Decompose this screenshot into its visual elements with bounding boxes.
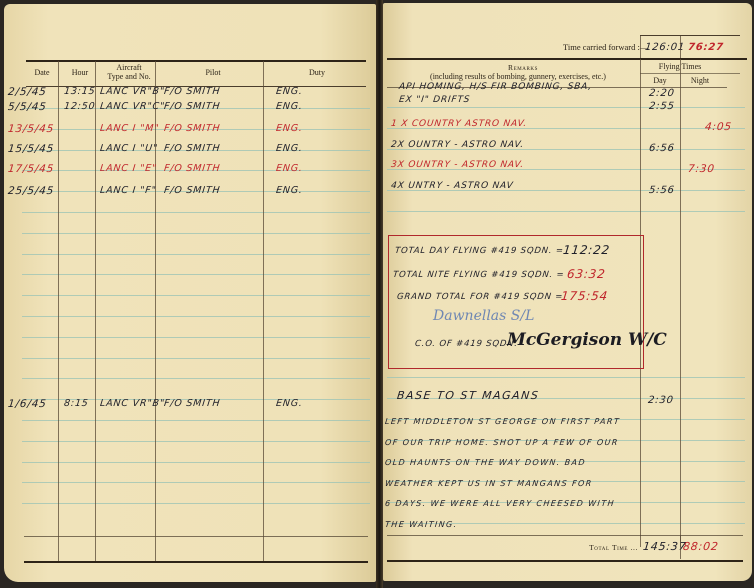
entry-date: 5/5/45 bbox=[7, 101, 47, 113]
co-label: C.O. OF #419 SQDN. bbox=[414, 339, 518, 349]
entry-hour: 8:15 bbox=[63, 398, 89, 409]
signature-squadron-leader: Dawnellas S/L bbox=[433, 308, 534, 324]
aircraft-header-line1: Aircraft bbox=[99, 63, 159, 72]
total-day-label: TOTAL DAY FLYING #419 SQDN. = bbox=[394, 246, 564, 256]
ruled-line bbox=[22, 462, 370, 463]
entry-aircraft: LANC VR"B" bbox=[99, 398, 165, 409]
footer-thick-rule bbox=[24, 561, 368, 563]
entry-duty: ENG. bbox=[275, 143, 303, 154]
trip-title: BASE TO ST MAGANS bbox=[396, 389, 540, 402]
entry-hour: 13:15 bbox=[63, 86, 96, 97]
cf-top-rule bbox=[640, 35, 740, 36]
entry-duty: ENG. bbox=[275, 123, 303, 134]
ruled-line bbox=[22, 233, 370, 234]
trip-note-line: OLD HAUNTS ON THE WAY DOWN. BAD bbox=[385, 458, 587, 467]
entry-duty: ENG. bbox=[275, 398, 303, 409]
total-nite-label: TOTAL NITE FLYING #419 SQDN. = bbox=[392, 270, 564, 280]
entry-aircraft: LANC I "F" bbox=[99, 185, 157, 196]
footer-thin-rule bbox=[24, 536, 368, 537]
grand-total-label: GRAND TOTAL FOR #419 SQDN = bbox=[396, 292, 563, 302]
ruled-line bbox=[22, 420, 370, 421]
remark-day-time: 6:56 bbox=[648, 143, 675, 154]
header-top-rule bbox=[387, 58, 747, 60]
hour-column-line bbox=[58, 61, 59, 561]
entry-date: 1/6/45 bbox=[7, 398, 47, 410]
entry-date: 13/5/45 bbox=[7, 123, 54, 135]
remark-night-time: 4:05 bbox=[704, 121, 732, 133]
remark-text: API HOMING, H/S FIR BOMBING, SBA, bbox=[398, 82, 592, 92]
book-spine bbox=[376, 0, 383, 588]
remark-day-time: 2:20 bbox=[648, 88, 675, 99]
entry-aircraft: LANC I "E" bbox=[99, 163, 157, 174]
column-header-hour: Hour bbox=[62, 68, 98, 77]
night-column-line bbox=[680, 59, 681, 547]
entry-date: 2/5/45 bbox=[7, 86, 47, 98]
cf-divider-day bbox=[640, 35, 641, 59]
entry-pilot: F/O SMITH bbox=[163, 86, 220, 97]
entry-pilot: F/O SMITH bbox=[163, 143, 220, 154]
remarks-subheader: (including results of bombing, gunnery, … bbox=[393, 72, 643, 81]
cf-divider-night bbox=[680, 35, 681, 59]
carried-forward-night: 76:27 bbox=[687, 42, 724, 53]
entry-pilot: F/O SMITH bbox=[163, 398, 220, 409]
trip-note-line: WEATHER KEPT US IN ST MANGANS FOR bbox=[385, 479, 594, 488]
grand-total-value: 175:54 bbox=[560, 289, 609, 303]
remark-text: 1 X COUNTRY ASTRO NAV. bbox=[390, 119, 527, 129]
remark-text: EX "I" DRIFTS bbox=[398, 95, 470, 105]
remark-day-time: 5:56 bbox=[648, 185, 675, 196]
footer-thick-rule bbox=[387, 560, 743, 562]
ruled-line bbox=[22, 254, 370, 255]
ruled-line bbox=[22, 337, 370, 338]
entry-duty: ENG. bbox=[275, 86, 303, 97]
total-nite-value: 63:32 bbox=[566, 267, 606, 281]
trip-note-line: OF OUR TRIP HOME. SHOT UP A FEW OF OUR bbox=[385, 438, 620, 447]
entry-duty: ENG. bbox=[275, 185, 303, 196]
right-page: Time carried forward :— 126:01 76:27 Rem… bbox=[383, 3, 752, 581]
night-header: Night bbox=[680, 76, 720, 85]
ruled-line bbox=[22, 358, 370, 359]
ruled-line bbox=[22, 212, 370, 213]
pilot-column-line bbox=[155, 61, 156, 561]
entry-pilot: F/O SMITH bbox=[163, 123, 220, 134]
header-top-rule bbox=[26, 60, 366, 62]
trip-note-line: 6 DAYS. WE WERE ALL VERY CHEESED WITH bbox=[385, 499, 616, 508]
total-time-label: Total Time ... bbox=[558, 543, 638, 552]
ruled-line bbox=[22, 378, 370, 379]
aircraft-column-line bbox=[95, 61, 96, 561]
co-signature: McGergison W/C bbox=[507, 330, 667, 350]
footer-thin-rule bbox=[387, 535, 743, 536]
entry-pilot: F/O SMITH bbox=[163, 163, 220, 174]
entry-aircraft: LANC I "U" bbox=[99, 143, 158, 154]
entry-date: 15/5/45 bbox=[7, 143, 54, 155]
entry-date: 25/5/45 bbox=[7, 185, 54, 197]
flying-times-rule bbox=[640, 73, 740, 74]
ruled-line bbox=[387, 107, 745, 108]
remark-text: 2X OUNTRY - ASTRO NAV. bbox=[390, 140, 524, 150]
entry-duty: ENG. bbox=[275, 101, 303, 112]
total-day-value: 112:22 bbox=[562, 243, 611, 257]
column-header-pilot: Pilot bbox=[159, 68, 267, 77]
entry-date: 17/5/45 bbox=[7, 163, 54, 175]
day-header: Day bbox=[640, 76, 680, 85]
aircraft-header-line2: Type and No. bbox=[99, 72, 159, 81]
squadron-totals-box: TOTAL DAY FLYING #419 SQDN. = 112:22 TOT… bbox=[388, 235, 644, 369]
remark-text: 3X OUNTRY - ASTRO NAV. bbox=[390, 160, 524, 170]
ruled-line bbox=[22, 316, 370, 317]
entry-duty: ENG. bbox=[275, 163, 303, 174]
ruled-line bbox=[22, 295, 370, 296]
remark-day-time: 2:55 bbox=[648, 101, 675, 112]
ruled-line bbox=[22, 274, 370, 275]
ruled-line bbox=[22, 441, 370, 442]
entry-hour: 12:50 bbox=[63, 101, 96, 112]
trip-note-line: LEFT MIDDLETON ST GEORGE ON FIRST PART bbox=[385, 417, 621, 426]
ruled-line bbox=[387, 211, 745, 212]
left-page: Date Hour Aircraft Type and No. Pilot Du… bbox=[4, 4, 376, 582]
entry-pilot: F/O SMITH bbox=[163, 185, 220, 196]
total-time-night: 88:02 bbox=[682, 540, 719, 553]
trip-note-line: THE WAITING. bbox=[385, 520, 459, 529]
ruled-line bbox=[22, 503, 370, 504]
ruled-line bbox=[387, 377, 745, 378]
column-header-date: Date bbox=[24, 68, 60, 77]
ruled-line bbox=[22, 482, 370, 483]
entry-aircraft: LANC VR"B" bbox=[99, 86, 165, 97]
entry-aircraft: LANC I "M" bbox=[99, 123, 159, 134]
entry-pilot: F/O SMITH bbox=[163, 101, 220, 112]
total-divider bbox=[680, 535, 681, 559]
remarks-header: Remarks bbox=[423, 63, 623, 72]
entry-aircraft: LANC VR"C" bbox=[99, 101, 165, 112]
remark-night-time: 7:30 bbox=[687, 163, 715, 175]
duty-column-line bbox=[263, 61, 264, 561]
column-header-duty: Duty bbox=[267, 68, 367, 77]
remark-text: 4X UNTRY - ASTRO NAV bbox=[390, 181, 514, 191]
trip-day-time: 2:30 bbox=[647, 395, 674, 406]
column-header-aircraft: Aircraft Type and No. bbox=[99, 63, 159, 81]
